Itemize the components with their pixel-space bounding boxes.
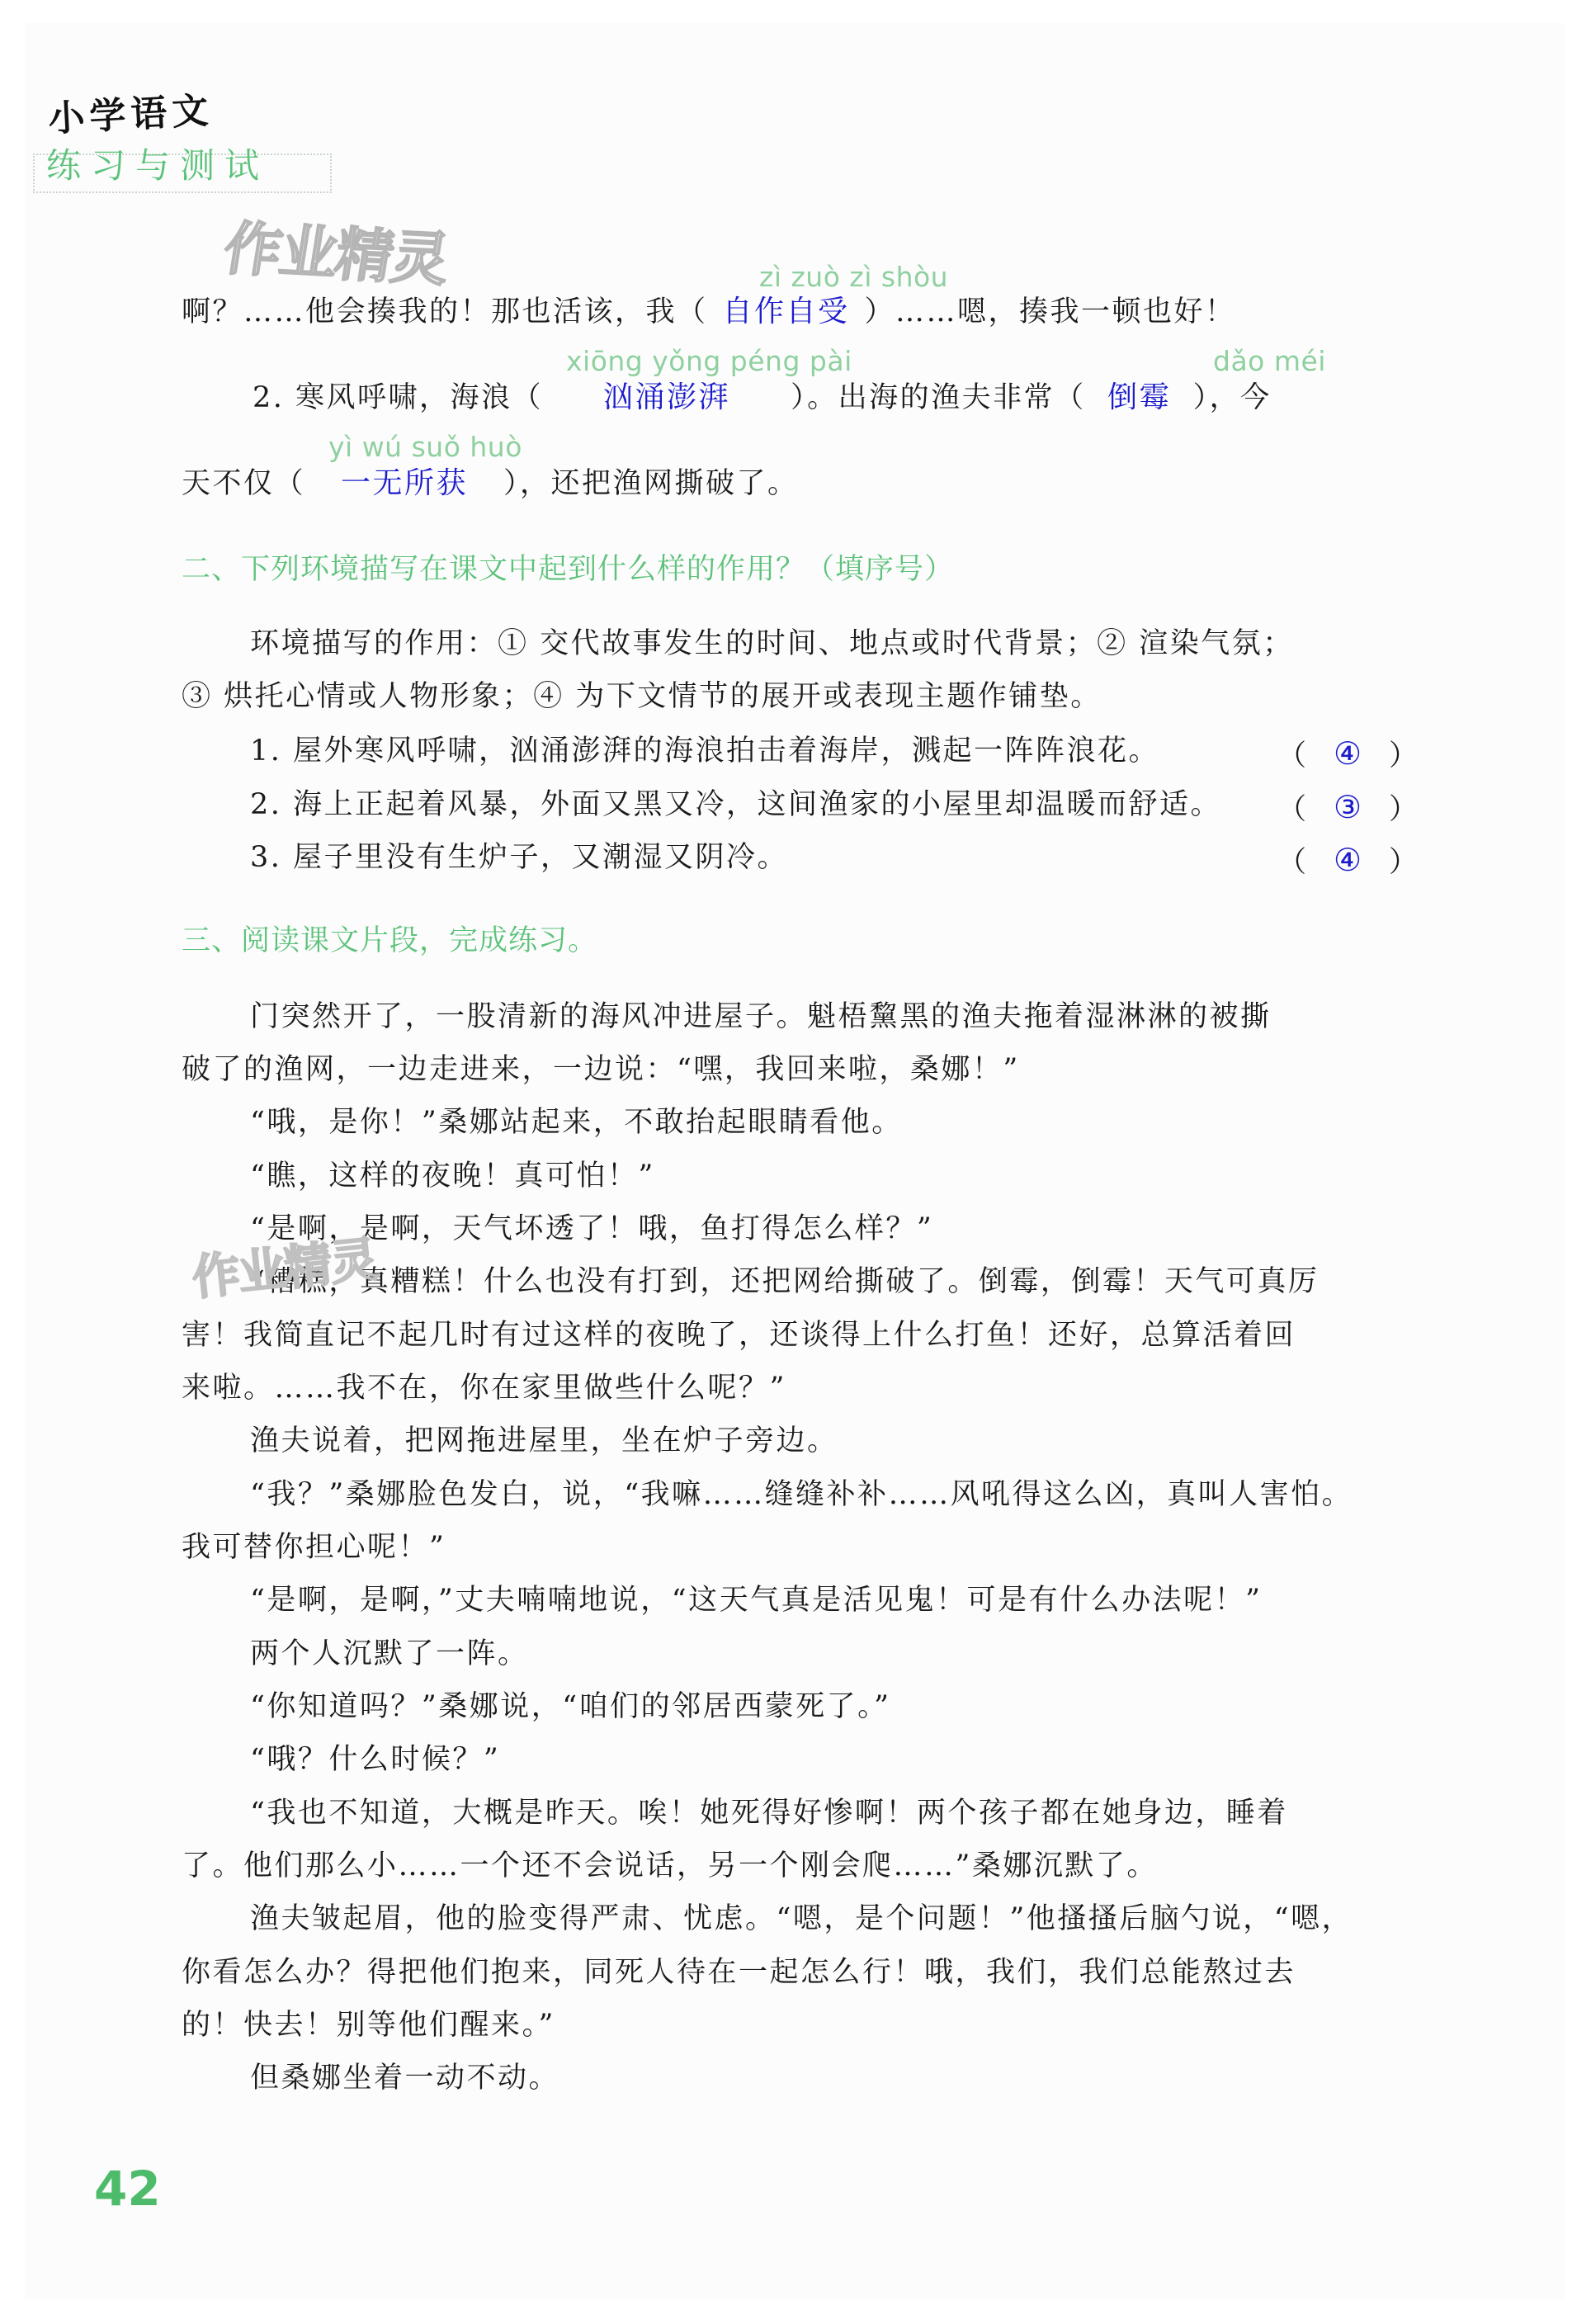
section2-intro-line2: ③ 烘托心情或人物形象；④ 为下文情节的展开或表现主题作铺垫。 (182, 678, 1419, 715)
passage-line: “哦，是你！”桑娜站起来，不敢抬起眼睛看他。 (250, 1104, 1488, 1141)
item-3-answer-box: （ ④ ） (1277, 839, 1418, 881)
passage-line: 来啦。……我不在，你在家里做些什么呢？” (182, 1370, 1419, 1406)
line-1-after: ）……嗯，揍我一顿也好！ (865, 295, 1236, 328)
pinyin-zizuozishou: zì zuò zì shòu (759, 261, 948, 293)
line-3: 天不仅（一无所获），还把渔网撕破了。 (182, 465, 1419, 502)
page-number: 42 (94, 2161, 161, 2217)
line-1: 啊？……他会揍我的！那也活该，我（自作自受）……嗯，揍我一顿也好！ (182, 294, 1419, 330)
close-paren: ） (1389, 733, 1418, 774)
line-3-part2: ），还把渔网撕破了。 (503, 467, 799, 500)
answer-xiongyongpengpai: 汹涌澎湃 (543, 380, 791, 416)
section3-heading: 三、阅读课文片段，完成练习。 (182, 918, 597, 959)
item-1-answer-box: （ ④ ） (1277, 733, 1418, 774)
pinyin-yiwusuohuo: yì wú suǒ huò (328, 431, 522, 463)
passage-line: “哦？什么时候？” (250, 1741, 1488, 1778)
pinyin-xiongyongpengpai: xiōng yǒng péng pài (566, 345, 852, 377)
item-2-answer: ③ (1334, 789, 1362, 825)
passage-line: 但桑娜坐着一动不动。 (250, 2060, 1488, 2096)
open-paren: （ (1277, 786, 1306, 828)
passage-line: “糟糕，真糟糕！什么也没有打到，还把网给撕破了。倒霉，倒霉！天气可真厉 (250, 1264, 1488, 1300)
passage-line: 渔夫说着，把网拖进屋里，坐在炉子旁边。 (250, 1423, 1488, 1459)
passage-line: “我也不知道，大概是昨天。唉！她死得好惨啊！两个孩子都在她身边，睡着 (250, 1795, 1488, 1831)
close-paren: ） (1389, 839, 1418, 881)
passage-line: 渔夫皱起眉，他的脸变得严肃、忧虑。“嗯，是个问题！”他搔搔后脑勺说，“嗯， (250, 1901, 1488, 1937)
answer-yiwusuohuo: 一无所获 (305, 465, 503, 502)
passage-line: “你知道吗？”桑娜说，“咱们的邻居西蒙死了。” (250, 1689, 1488, 1725)
close-paren: ） (1389, 786, 1418, 828)
line-2-part1: 寒风呼啸，海浪（ (295, 381, 543, 414)
section2-heading: 二、下列环境描写在课文中起到什么样的作用？（填序号） (182, 546, 954, 588)
passage-line: 我可替你担心呢！” (182, 1529, 1419, 1566)
passage-line: “是啊，是啊，”丈夫喃喃地说，“这天气真是活见鬼！可是有什么办法呢！” (250, 1582, 1488, 1618)
series-title: 小学语文 (47, 81, 215, 142)
line-2-number: 2. (253, 381, 284, 414)
passage-line: 你看怎么办？得把他们抱来，同死人待在一起怎么行！哦，我们，我们总能熬过去 (182, 1954, 1419, 1991)
passage-line: “是啊，是啊，天气坏透了！哦，鱼打得怎么样？” (250, 1211, 1488, 1247)
section2-intro-line1: 环境描写的作用：① 交代故事发生的时间、地点或时代背景；② 渲染气氛； (250, 626, 1488, 662)
passage-line: 的！快去！别等他们醒来。” (182, 2007, 1419, 2043)
passage-line: “瞧，这样的夜晚！真可怕！” (250, 1158, 1488, 1194)
line-1-before: 啊？……他会揍我的！那也活该，我（ (182, 295, 708, 328)
book-title: 练习与测试 (46, 139, 269, 188)
watermark: 作业精灵 (219, 202, 455, 297)
passage-line: 两个人沉默了一阵。 (250, 1636, 1488, 1672)
line-2-part3: ），今 (1193, 381, 1272, 414)
item-2-answer-box: （ ③ ） (1277, 786, 1418, 828)
line-2-part2: ）。出海的渔夫非常（ (791, 381, 1086, 414)
passage-line: 了。他们那么小……一个还不会说话，另一个刚会爬……”桑娜沉默了。 (182, 1848, 1419, 1884)
line-2: 2. 寒风呼啸，海浪（汹涌澎湃）。出海的渔夫非常（倒霉），今 (253, 380, 1490, 416)
passage-line: 门突然开了，一股清新的海风冲进屋子。魁梧黧黑的渔夫拖着湿淋淋的被撕 (250, 999, 1488, 1035)
line-3-part1: 天不仅（ (182, 467, 305, 500)
open-paren: （ (1277, 733, 1306, 774)
item-1-answer: ④ (1334, 735, 1362, 772)
passage-line: “我？”桑娜脸色发白，说，“我嘛……缝缝补补……风吼得这么凶，真叫人害怕。 (250, 1476, 1488, 1513)
answer-zizuozishou: 自作自受 (708, 294, 865, 330)
passage-line: 破了的渔网，一边走进来，一边说：“嘿，我回来啦，桑娜！” (182, 1051, 1419, 1088)
open-paren: （ (1277, 839, 1306, 881)
item-3-answer: ④ (1334, 842, 1362, 878)
answer-daomei: 倒霉 (1086, 380, 1193, 416)
passage-line: 害！我简直记不起几时有过这样的夜晚了，还谈得上什么打鱼！还好，总算活着回 (182, 1317, 1419, 1353)
pinyin-daomei: dǎo méi (1213, 345, 1326, 377)
